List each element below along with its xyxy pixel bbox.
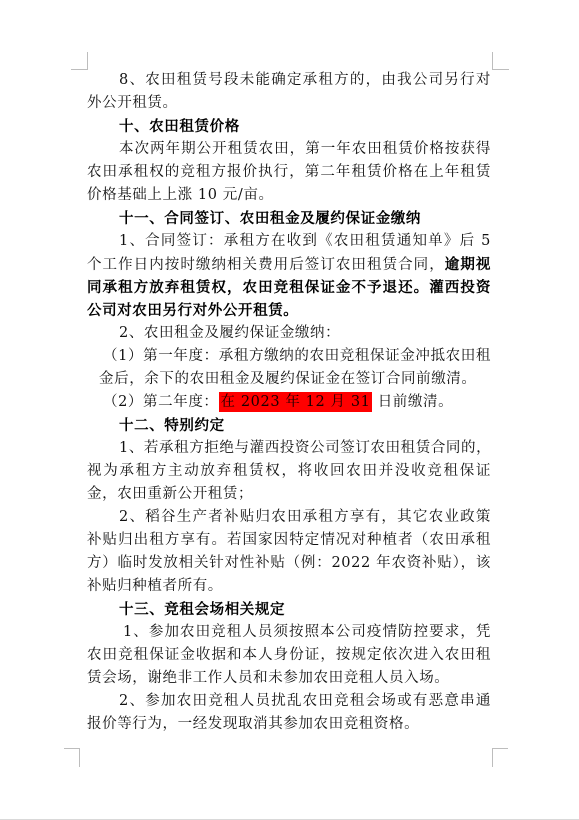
paragraph-line: 外公开租赁。 [87,92,491,115]
paragraph-line: 方）临时发放相关针对性补贴（例：2022 年农资补贴），该 [87,552,491,575]
paragraph-line: 金，农田重新公开租赁； [87,483,491,506]
paragraph-line: 1、参加农田竞租人员须按照本公司疫情防控要求，凭 [87,621,491,644]
paragraph-line: （2）第二年度：在 2023 年 12 月 31 日前缴清。 [87,391,491,414]
paragraph-line: 本次两年期公开租赁农田，第一年农田租赁价格按获得 [87,138,491,161]
paragraph-line: 1、合同签订：承租方在收到《农田租赁通知单》后 5 [87,230,491,253]
bold-text: 逾期视 [445,256,491,273]
normal-text: （2）第二年度： [103,394,219,410]
paragraph-line: 金后，余下的农田租金及履约保证金在签订合同前缴清。 [87,368,491,391]
paragraph-line: 2、稻谷生产者补贴归农田承租方享有，其它农业政策 [87,506,491,529]
paragraph-line: 报价等行为，一经发现取消其参加农田竞租资格。 [87,713,491,736]
paragraph-line: 视为承租方主动放弃租赁权，将收回农田并没收竞租保证 [87,460,491,483]
section-heading-12: 十二、特别约定 [87,414,491,437]
document-body[interactable]: 8、农田租赁号段未能确定承租方的，由我公司另行对 外公开租赁。 十、农田租赁价格… [87,69,491,736]
section-heading-10: 十、农田租赁价格 [87,115,491,138]
paragraph-line: 1、若承租方拒绝与灌西投资公司签订农田租赁合同的， [87,437,491,460]
corner-mark-top-left [71,52,88,70]
corner-mark-top-right [492,52,509,70]
paragraph-line: （1）第一年度：承租方缴纳的农田竞租保证金冲抵农田租 [87,345,491,368]
paragraph-line: 补贴归种植者所有。 [87,575,491,598]
highlighted-date: 在 2023 年 12 月 31 [219,392,373,412]
paragraph-line: 2、农田租金及履约保证金缴纳： [87,322,491,345]
corner-mark-bottom-left [64,748,80,767]
paragraph-line: 价格基础上上涨 10 元/亩。 [87,184,491,207]
normal-text: 日前缴清。 [372,394,453,410]
paragraph-line: 补贴归出租方享有。若国家因特定情况对种植者（农田承租 [87,529,491,552]
paragraph-line: 个工作日内按时缴纳相关费用后签订农田租赁合同，逾期视 [87,253,491,276]
paragraph-line: 2、参加农田竞租人员扰乱农田竞租会场或有恶意串通 [87,690,491,713]
paragraph-line-bold: 公司对农田另行对外公开租赁。 [87,299,491,322]
section-heading-13: 十三、竞租会场相关规定 [87,598,491,621]
paragraph-line-bold: 同承租方放弃租赁权，农田竞租保证金不予退还。灌西投资 [87,276,491,299]
document-page: 8、农田租赁号段未能确定承租方的，由我公司另行对 外公开租赁。 十、农田租赁价格… [0,0,579,820]
paragraph-line: 赁会场，谢绝非工作人员和未参加农田竞租人员入场。 [87,667,491,690]
section-heading-11: 十一、合同签订、农田租金及履约保证金缴纳 [87,207,491,230]
paragraph-line: 8、农田租赁号段未能确定承租方的，由我公司另行对 [87,69,491,92]
paragraph-line: 农田竞租保证金收据和本人身份证，按规定依次进入农田租 [87,644,491,667]
normal-text: 个工作日内按时缴纳相关费用后签订农田租赁合同， [87,257,445,273]
corner-mark-bottom-right [492,748,508,767]
paragraph-line: 农田承租权的竞租方报价执行，第二年租赁价格在上年租赁 [87,161,491,184]
